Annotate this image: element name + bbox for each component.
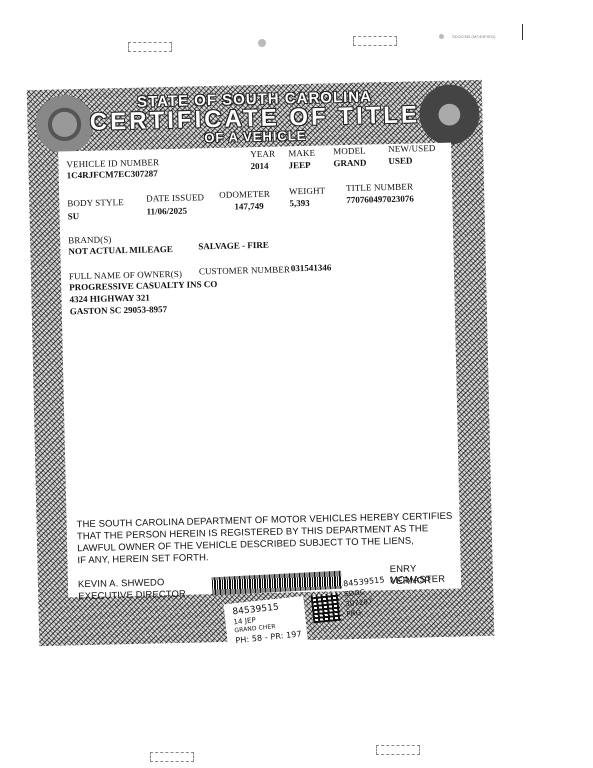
scan-mark-bottom-left	[150, 752, 194, 762]
inventory-sticker-left: 84539515 14 JEP GRAND CHER PH: 58 - PR: …	[224, 596, 309, 654]
odometer-label: ODOMETER	[219, 189, 270, 200]
new-used-value: USED	[388, 156, 412, 167]
date-issued-label: DATE ISSUED	[146, 192, 204, 203]
make-label: MAKE	[288, 148, 315, 159]
director-name: KEVIN A. SHWEDO	[78, 577, 165, 590]
customer-number-value: 031541346	[291, 262, 332, 273]
model-label: MODEL	[333, 146, 366, 157]
sticker-line: 307287	[345, 598, 373, 609]
edge-line	[522, 24, 523, 40]
governor-title: VERNOR	[390, 575, 431, 587]
stamp-dot	[439, 34, 444, 39]
inventory-sticker-right: 84539515 SDOC 307287 PRG	[341, 573, 396, 628]
header-stamp-text: SDOCSB (MODIFIED)	[452, 34, 496, 39]
brand-item: NOT ACTUAL MILEAGE	[68, 244, 173, 256]
make-value: JEEP	[288, 160, 310, 170]
certificate-body: VEHICLE ID NUMBER 1C4RJFCM7EC307287 YEAR…	[58, 143, 461, 598]
title-number-value: 770760497023076	[346, 193, 414, 205]
vin-label: VEHICLE ID NUMBER	[66, 157, 159, 169]
sticker-line: SDOC	[344, 588, 365, 598]
sticker-line: 84539515	[343, 575, 385, 588]
weight-value: 5,393	[289, 198, 309, 208]
new-used-label: NEW/USED	[388, 143, 436, 154]
customer-number-label: CUSTOMER NUMBER	[199, 264, 290, 276]
body-style-value: SU	[68, 211, 80, 221]
odometer-value: 147,749	[234, 201, 263, 212]
year-label: YEAR	[250, 149, 275, 160]
date-issued-value: 11/06/2025	[146, 206, 187, 217]
owner-name: PROGRESSIVE CASUALTY INS CO	[69, 279, 217, 292]
scan-mark-top-right	[353, 36, 397, 46]
qr-code-icon	[311, 593, 342, 624]
body-style-label: BODY STYLE	[67, 197, 124, 208]
sticker-line: PRG	[346, 609, 362, 619]
scan-mark-top-left	[128, 42, 172, 52]
title-number-label: TITLE NUMBER	[346, 181, 413, 193]
model-value: GRAND	[333, 158, 366, 169]
owner-city-line: GASTON SC 29053-8957	[70, 304, 168, 316]
owner-address-line: 4324 HIGHWAY 321	[69, 292, 150, 304]
weight-label: WEIGHT	[289, 185, 325, 196]
certification-line: IF ANY, HEREIN SET FORTH.	[77, 552, 209, 566]
sticker-line: 84539515	[232, 603, 279, 618]
brands-label: BRAND(S)	[68, 234, 112, 245]
certificate-of-title: STATE OF SOUTH CAROLINA CERTIFICATE OF T…	[27, 80, 494, 646]
brand-item: SALVAGE - FIRE	[198, 240, 269, 252]
vin-value: 1C4RJFCM7EC307287	[67, 168, 158, 180]
scan-mark-bottom-right	[376, 745, 420, 755]
director-title: EXECUTIVE DIRECTOR	[78, 589, 186, 602]
year-value: 2014	[250, 161, 268, 171]
punch-hole-mark	[258, 39, 266, 47]
